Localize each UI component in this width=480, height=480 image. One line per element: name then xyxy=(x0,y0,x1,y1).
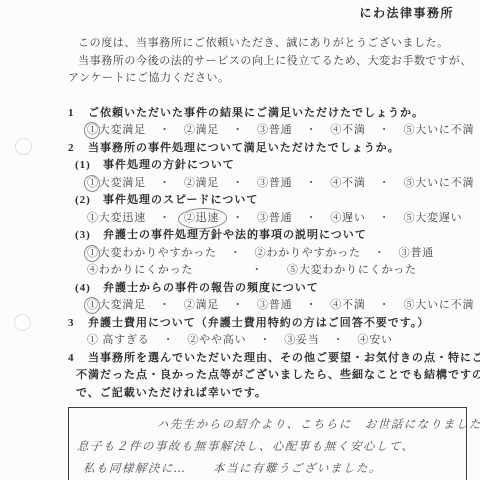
intro-paragraph: この度は、当事務所にご依頼いただき、誠にありがとうございました。 当事務所の今後… xyxy=(68,35,480,88)
question-text: 当事務所の事件処理について満足いただけたでしょうか。 xyxy=(88,142,400,154)
scanned-survey-document: にわ法律事務所 この度は、当事務所にご依頼いただき、誠にありがとうございました。… xyxy=(0,0,480,480)
option: ④遅い xyxy=(330,210,365,228)
question-text: ご依頼いただいた事件の結果にご満足いただけたでしょうか。 xyxy=(88,107,424,119)
hole-punch-bottom xyxy=(14,314,31,331)
option-separator: ・ xyxy=(379,175,391,193)
option: ④不満 xyxy=(330,175,365,193)
question-4-text-continued: で、ご記載いただければ幸いです。 xyxy=(76,385,480,403)
option-separator: ・ xyxy=(305,175,317,193)
option-separator: ・ xyxy=(374,245,386,263)
question-2-2-options: ①大変迅速・②迅速・③普通・④遅い・⑤大変遅い xyxy=(87,210,480,228)
handwriting-line: 息子も２件の事故も無事解決し、心配事も無く安心して、 xyxy=(68,435,466,457)
option-separator: ・ xyxy=(379,210,391,228)
question-2-3: (3)弁護士の事件処理方針や法的事項の説明について xyxy=(75,227,480,245)
intro-line: 当事務所の今後の法的サービスの向上に役立てるため、大変お手数ですが、 xyxy=(68,53,480,71)
question-2-2: (2)事件処理のスピードについて xyxy=(75,192,480,210)
option: ②満足 xyxy=(184,297,219,315)
option-separator: ・ xyxy=(379,122,391,140)
option-circled: ②迅速 xyxy=(184,210,219,228)
option-separator: ・ xyxy=(232,175,244,193)
intro-line: この度は、当事務所にご依頼いただき、誠にありがとうございました。 xyxy=(68,35,480,53)
option: ⑤大いに不満 xyxy=(403,122,474,140)
question-2-3-options-line1: ①大変わかりやすかった・②わかりやすかった・③普通 xyxy=(87,245,480,263)
question-2-1-options: ①大変満足・②満足・③普通・④不満・⑤大いに不満 xyxy=(87,175,480,193)
option-separator: ・ xyxy=(333,332,345,350)
option: ⑤大いに不満 xyxy=(403,297,474,315)
option-separator: ・ xyxy=(230,245,242,263)
option: ③普通 xyxy=(257,175,292,193)
question-number: 4 xyxy=(68,350,88,368)
question-text: 事件処理の方針について xyxy=(103,159,235,171)
option: ②わかりやすかった xyxy=(255,245,361,263)
option: ④安い xyxy=(357,332,392,350)
question-text: 弁護士費用について（弁護士費用特約の方はご回答不要です。） xyxy=(88,317,429,329)
option: ③普通 xyxy=(399,245,434,263)
option-circled: ①大変満足 xyxy=(87,175,146,193)
option: ⑤大変遅い xyxy=(403,210,462,228)
question-number: 1 xyxy=(68,105,88,123)
question-text: 弁護士の事件処理方針や法的事項の説明について xyxy=(103,229,367,241)
option-separator: ・ xyxy=(163,332,175,350)
option-separator: ・ xyxy=(379,297,391,315)
option-circled: ①大変満足 xyxy=(87,297,146,315)
option-separator: ・ xyxy=(259,332,271,350)
option: ②やや高い xyxy=(187,332,246,350)
handwriting-line: ハ先生からの紹介より、こちらに お世話になりました。 xyxy=(68,408,466,435)
question-4: 4当事務所を選んでいただいた理由、その他ご要望・お気付きの点・特にご xyxy=(68,350,480,368)
option: ① 高すぎる xyxy=(87,332,150,350)
option-circled: ①大変わかりやすかった xyxy=(87,245,217,263)
option-separator: ・ xyxy=(232,297,244,315)
option: ③普通 xyxy=(257,210,292,228)
question-2-4-options: ①大変満足・②満足・③普通・④不満・⑤大いに不満 xyxy=(87,297,480,315)
question-2-4: (4)弁護士からの事件の報告の頻度について xyxy=(75,280,480,298)
question-text: 事件処理のスピードについて xyxy=(103,194,258,206)
option-separator: ・ xyxy=(159,297,171,315)
option: ③普通 xyxy=(257,122,292,140)
question-number: (4) xyxy=(75,280,103,298)
office-name: にわ法律事務所 xyxy=(0,0,480,22)
question-2-3-options-line2: ④わかりにくかった・⑤大変わかりにくかった xyxy=(87,262,480,280)
option: ④不満 xyxy=(330,122,365,140)
option-separator: ・ xyxy=(305,210,317,228)
question-2-1: (1)事件処理の方針について xyxy=(75,157,480,175)
comment-box: ハ先生からの紹介より、こちらに お世話になりました。 息子も２件の事故も無事解決… xyxy=(68,407,467,480)
option-separator: ・ xyxy=(159,210,171,228)
option: ①大変迅速 xyxy=(87,210,146,228)
question-number: (3) xyxy=(75,227,103,245)
option-separator: ・ xyxy=(305,297,317,315)
option: ④不満 xyxy=(330,297,365,315)
question-4-text-continued: 不満だった点・良かった点等がございましたら、些細なことでも結構ですの xyxy=(76,367,480,385)
question-text: 当事務所を選んでいただいた理由、その他ご要望・お気付きの点・特にご xyxy=(88,352,480,364)
option: ⑤大いに不満 xyxy=(403,175,474,193)
intro-line: アンケートにご協力ください。 xyxy=(68,70,480,88)
option-separator: ・ xyxy=(232,210,244,228)
option: ②満足 xyxy=(184,122,219,140)
handwriting-line: 私も同様解決に… 本当に有難うございました。 xyxy=(68,457,466,479)
option: ④わかりにくかった xyxy=(87,262,193,280)
question-1-options: ①大変満足・②満足・③普通・④不満・⑤大いに不満 xyxy=(87,122,480,140)
question-number: (1) xyxy=(75,157,103,175)
question-number: 2 xyxy=(68,140,88,158)
question-3: 3弁護士費用について（弁護士費用特約の方はご回答不要です。） xyxy=(68,315,480,333)
option-separator: ・ xyxy=(159,122,171,140)
option-separator: ・ xyxy=(159,175,171,193)
option: ②満足 xyxy=(184,175,219,193)
question-3-options: ① 高すぎる・②やや高い・③妥当・④安い xyxy=(87,332,480,350)
question-1: 1ご依頼いただいた事件の結果にご満足いただけたでしょうか。 xyxy=(68,105,480,123)
question-number: (2) xyxy=(75,192,103,210)
question-2: 2当事務所の事件処理について満足いただけたでしょうか。 xyxy=(68,140,480,158)
option-separator: ・ xyxy=(232,122,244,140)
question-text: 弁護士からの事件の報告の頻度について xyxy=(103,282,319,294)
option: ⑤大変わかりにくかった xyxy=(287,262,417,280)
hole-punch-top xyxy=(15,138,32,155)
option-circled: ①大変満足 xyxy=(87,122,146,140)
question-number: 3 xyxy=(68,315,88,333)
option-separator: ・ xyxy=(251,262,263,280)
option: ③普通 xyxy=(257,297,292,315)
option-separator: ・ xyxy=(305,122,317,140)
option: ③妥当 xyxy=(284,332,319,350)
